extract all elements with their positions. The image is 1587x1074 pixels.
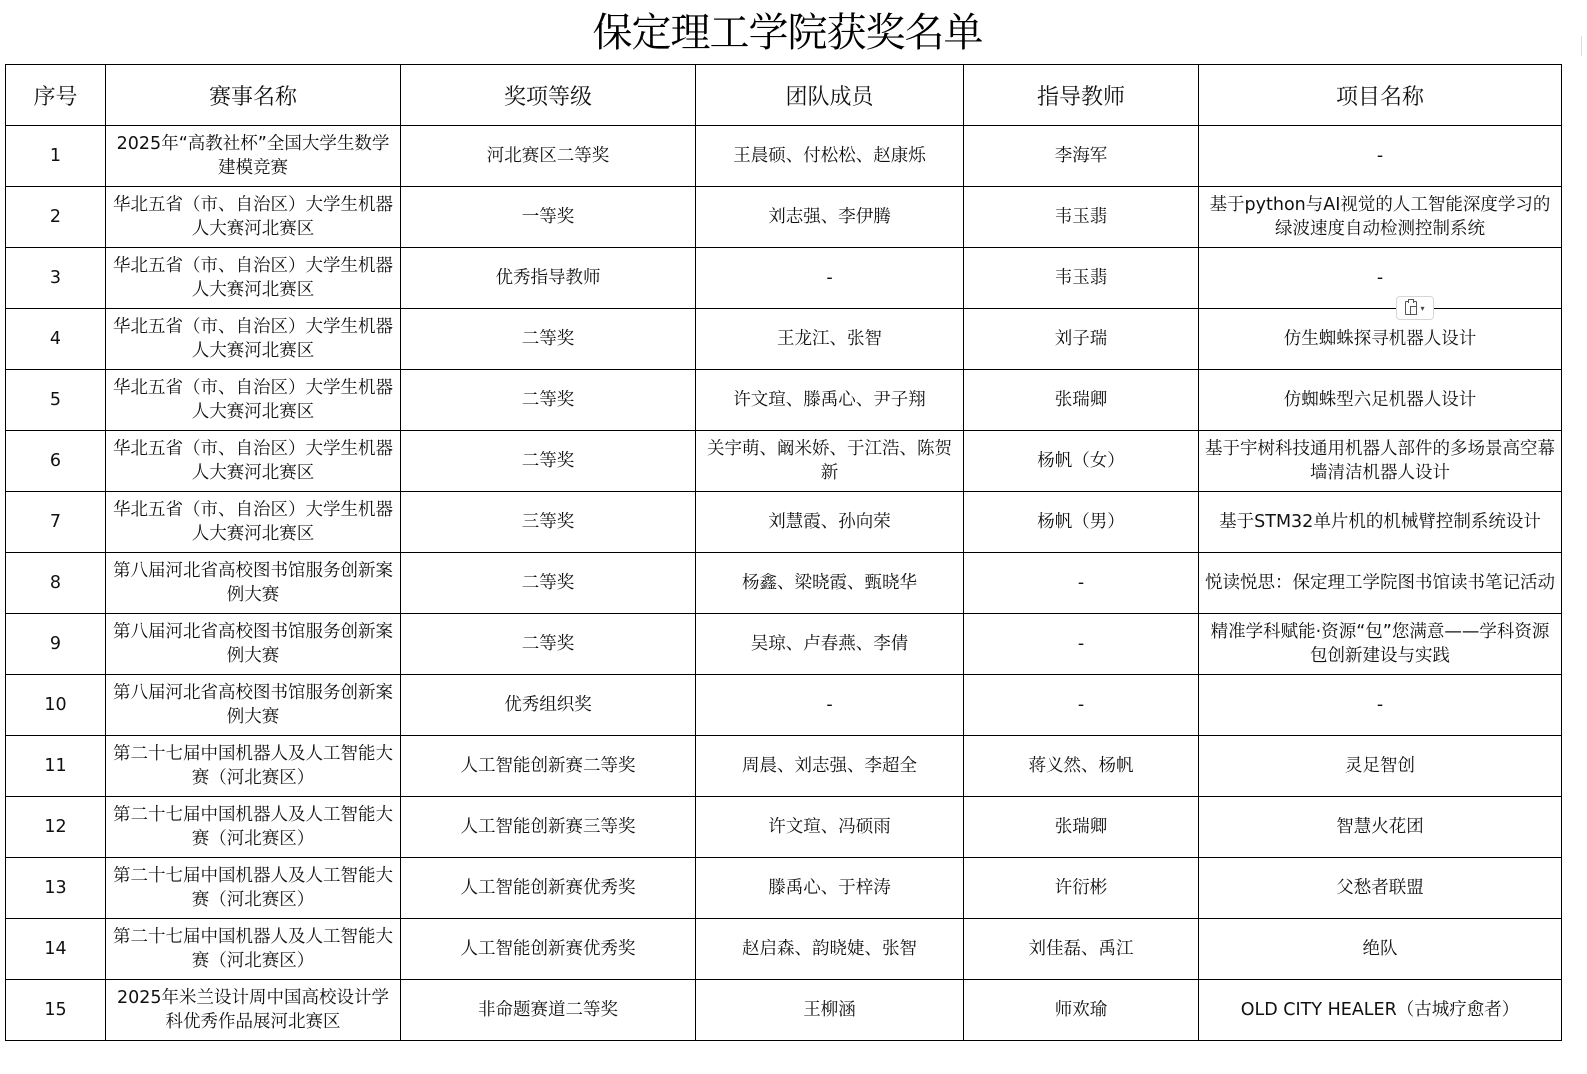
cell-team-members: 刘志强、李伊腾	[696, 187, 964, 248]
cell-project-name: 基于宇树科技通用机器人部件的多场景高空幕墙清洁机器人设计	[1199, 431, 1562, 492]
table-row: 12025年“高教社杯”全国大学生数学建模竞赛河北赛区二等奖王晨硕、付松松、赵康…	[6, 126, 1562, 187]
cell-project-name: 精准学科赋能·资源“包”您满意——学科资源包创新建设与实践	[1199, 614, 1562, 675]
cell-advisor: -	[964, 675, 1199, 736]
cell-project-name: -	[1199, 675, 1562, 736]
cell-project-name: 灵足智创	[1199, 736, 1562, 797]
cell-team-members: 周晨、刘志强、李超全	[696, 736, 964, 797]
cell-award-level: 一等奖	[401, 187, 696, 248]
cell-award-level: 三等奖	[401, 492, 696, 553]
cell-team-members: 刘慧霞、孙向荣	[696, 492, 964, 553]
cell-advisor: 张瑞卿	[964, 797, 1199, 858]
cell-index: 9	[6, 614, 106, 675]
cell-competition: 第二十七届中国机器人及人工智能大赛（河北赛区）	[106, 858, 401, 919]
table-row: 8第八届河北省高校图书馆服务创新案例大赛二等奖杨鑫、梁晓霞、甄晓华-悦读悦思：保…	[6, 553, 1562, 614]
cell-competition: 第八届河北省高校图书馆服务创新案例大赛	[106, 553, 401, 614]
cell-index: 14	[6, 919, 106, 980]
cell-award-level: 人工智能创新赛二等奖	[401, 736, 696, 797]
cell-competition: 2025年“高教社杯”全国大学生数学建模竞赛	[106, 126, 401, 187]
cell-index: 12	[6, 797, 106, 858]
cell-award-level: 优秀组织奖	[401, 675, 696, 736]
cell-team-members: 杨鑫、梁晓霞、甄晓华	[696, 553, 964, 614]
cell-project-name: 智慧火花团	[1199, 797, 1562, 858]
cell-team-members: 王柳涵	[696, 980, 964, 1041]
cell-competition: 第二十七届中国机器人及人工智能大赛（河北赛区）	[106, 797, 401, 858]
cell-competition: 第八届河北省高校图书馆服务创新案例大赛	[106, 675, 401, 736]
chevron-down-icon: ▾	[1420, 304, 1424, 313]
table-header-row: 序号 赛事名称 奖项等级 团队成员 指导教师 项目名称	[6, 65, 1562, 126]
cell-award-level: 非命题赛道二等奖	[401, 980, 696, 1041]
cell-advisor: 韦玉翡	[964, 187, 1199, 248]
cell-advisor: 李海军	[964, 126, 1199, 187]
cell-advisor: 许衍彬	[964, 858, 1199, 919]
cell-award-level: 二等奖	[401, 431, 696, 492]
table-row: 14第二十七届中国机器人及人工智能大赛（河北赛区）人工智能创新赛优秀奖赵启森、韵…	[6, 919, 1562, 980]
cell-award-level: 二等奖	[401, 614, 696, 675]
cell-project-name: 绝队	[1199, 919, 1562, 980]
cell-index: 13	[6, 858, 106, 919]
cell-index: 10	[6, 675, 106, 736]
cell-team-members: 吴琼、卢春燕、李倩	[696, 614, 964, 675]
cell-competition: 华北五省（市、自治区）大学生机器人大赛河北赛区	[106, 370, 401, 431]
cell-advisor: 刘佳磊、禹江	[964, 919, 1199, 980]
header-project-name: 项目名称	[1199, 65, 1562, 126]
cell-index: 4	[6, 309, 106, 370]
table-row: 5华北五省（市、自治区）大学生机器人大赛河北赛区二等奖许文瑄、滕禹心、尹子翔张瑞…	[6, 370, 1562, 431]
cell-award-level: 二等奖	[401, 309, 696, 370]
cell-index: 2	[6, 187, 106, 248]
cell-advisor: 师欢瑜	[964, 980, 1199, 1041]
cell-advisor: 蒋义然、杨帆	[964, 736, 1199, 797]
cell-team-members: -	[696, 248, 964, 309]
cell-competition: 华北五省（市、自治区）大学生机器人大赛河北赛区	[106, 309, 401, 370]
cell-advisor: -	[964, 553, 1199, 614]
header-award-level: 奖项等级	[401, 65, 696, 126]
table-row: 7华北五省（市、自治区）大学生机器人大赛河北赛区三等奖刘慧霞、孙向荣杨帆（男）基…	[6, 492, 1562, 553]
cell-competition: 华北五省（市、自治区）大学生机器人大赛河北赛区	[106, 248, 401, 309]
cell-award-level: 人工智能创新赛三等奖	[401, 797, 696, 858]
cell-advisor: 韦玉翡	[964, 248, 1199, 309]
cell-advisor: 杨帆（男）	[964, 492, 1199, 553]
cell-advisor: 刘子瑞	[964, 309, 1199, 370]
cell-award-level: 二等奖	[401, 370, 696, 431]
cell-competition: 华北五省（市、自治区）大学生机器人大赛河北赛区	[106, 492, 401, 553]
table-row: 12第二十七届中国机器人及人工智能大赛（河北赛区）人工智能创新赛三等奖许文瑄、冯…	[6, 797, 1562, 858]
cell-index: 5	[6, 370, 106, 431]
table-row: 10第八届河北省高校图书馆服务创新案例大赛优秀组织奖---	[6, 675, 1562, 736]
cell-team-members: 关宇萌、阚米娇、于江浩、陈贺新	[696, 431, 964, 492]
cell-team-members: 许文瑄、滕禹心、尹子翔	[696, 370, 964, 431]
cell-project-name: 父愁者联盟	[1199, 858, 1562, 919]
cell-project-name: OLD CITY HEALER（古城疗愈者）	[1199, 980, 1562, 1041]
cell-award-level: 河北赛区二等奖	[401, 126, 696, 187]
cell-project-name: 悦读悦思：保定理工学院图书馆读书笔记活动	[1199, 553, 1562, 614]
table-row: 3华北五省（市、自治区）大学生机器人大赛河北赛区优秀指导教师-韦玉翡-	[6, 248, 1562, 309]
cell-team-members: 王龙江、张智	[696, 309, 964, 370]
cell-team-members: 滕禹心、于梓涛	[696, 858, 964, 919]
cell-team-members: -	[696, 675, 964, 736]
scrollbar[interactable]	[1581, 36, 1587, 56]
cell-team-members: 赵启森、韵晓婕、张智	[696, 919, 964, 980]
cell-advisor: 张瑞卿	[964, 370, 1199, 431]
header-index: 序号	[6, 65, 106, 126]
paste-options-button[interactable]: ▾	[1396, 296, 1434, 320]
cell-index: 11	[6, 736, 106, 797]
cell-competition: 第二十七届中国机器人及人工智能大赛（河北赛区）	[106, 919, 401, 980]
cell-project-name: 基于STM32单片机的机械臂控制系统设计	[1199, 492, 1562, 553]
cell-award-level: 人工智能创新赛优秀奖	[401, 919, 696, 980]
cell-award-level: 二等奖	[401, 553, 696, 614]
cell-advisor: 杨帆（女）	[964, 431, 1199, 492]
cell-project-name: -	[1199, 126, 1562, 187]
cell-team-members: 王晨硕、付松松、赵康烁	[696, 126, 964, 187]
cell-advisor: -	[964, 614, 1199, 675]
cell-index: 7	[6, 492, 106, 553]
clipboard-paste-icon	[1405, 301, 1417, 315]
header-competition: 赛事名称	[106, 65, 401, 126]
cell-index: 8	[6, 553, 106, 614]
table-row: 11第二十七届中国机器人及人工智能大赛（河北赛区）人工智能创新赛二等奖周晨、刘志…	[6, 736, 1562, 797]
table-row: 152025年米兰设计周中国高校设计学科优秀作品展河北赛区非命题赛道二等奖王柳涵…	[6, 980, 1562, 1041]
cell-index: 3	[6, 248, 106, 309]
cell-project-name: 基于python与AI视觉的人工智能深度学习的绿波速度自动检测控制系统	[1199, 187, 1562, 248]
cell-award-level: 优秀指导教师	[401, 248, 696, 309]
header-team-members: 团队成员	[696, 65, 964, 126]
cell-competition: 2025年米兰设计周中国高校设计学科优秀作品展河北赛区	[106, 980, 401, 1041]
table-row: 4华北五省（市、自治区）大学生机器人大赛河北赛区二等奖王龙江、张智刘子瑞仿生蜘蛛…	[6, 309, 1562, 370]
table-row: 2华北五省（市、自治区）大学生机器人大赛河北赛区一等奖刘志强、李伊腾韦玉翡基于p…	[6, 187, 1562, 248]
cell-index: 6	[6, 431, 106, 492]
cell-index: 1	[6, 126, 106, 187]
table-row: 6华北五省（市、自治区）大学生机器人大赛河北赛区二等奖关宇萌、阚米娇、于江浩、陈…	[6, 431, 1562, 492]
cell-project-name: -	[1199, 248, 1562, 309]
awards-table: 序号 赛事名称 奖项等级 团队成员 指导教师 项目名称 12025年“高教社杯”…	[5, 64, 1562, 1041]
cell-project-name: 仿生蜘蛛探寻机器人设计	[1199, 309, 1562, 370]
cell-competition: 第八届河北省高校图书馆服务创新案例大赛	[106, 614, 401, 675]
table-row: 13第二十七届中国机器人及人工智能大赛（河北赛区）人工智能创新赛优秀奖滕禹心、于…	[6, 858, 1562, 919]
cell-competition: 第二十七届中国机器人及人工智能大赛（河北赛区）	[106, 736, 401, 797]
table-row: 9第八届河北省高校图书馆服务创新案例大赛二等奖吴琼、卢春燕、李倩-精准学科赋能·…	[6, 614, 1562, 675]
cell-index: 15	[6, 980, 106, 1041]
cell-team-members: 许文瑄、冯硕雨	[696, 797, 964, 858]
cell-competition: 华北五省（市、自治区）大学生机器人大赛河北赛区	[106, 431, 401, 492]
cell-competition: 华北五省（市、自治区）大学生机器人大赛河北赛区	[106, 187, 401, 248]
cell-project-name: 仿蜘蛛型六足机器人设计	[1199, 370, 1562, 431]
cell-award-level: 人工智能创新赛优秀奖	[401, 858, 696, 919]
header-advisor: 指导教师	[964, 65, 1199, 126]
document-title: 保定理工学院获奖名单	[0, 4, 1575, 62]
